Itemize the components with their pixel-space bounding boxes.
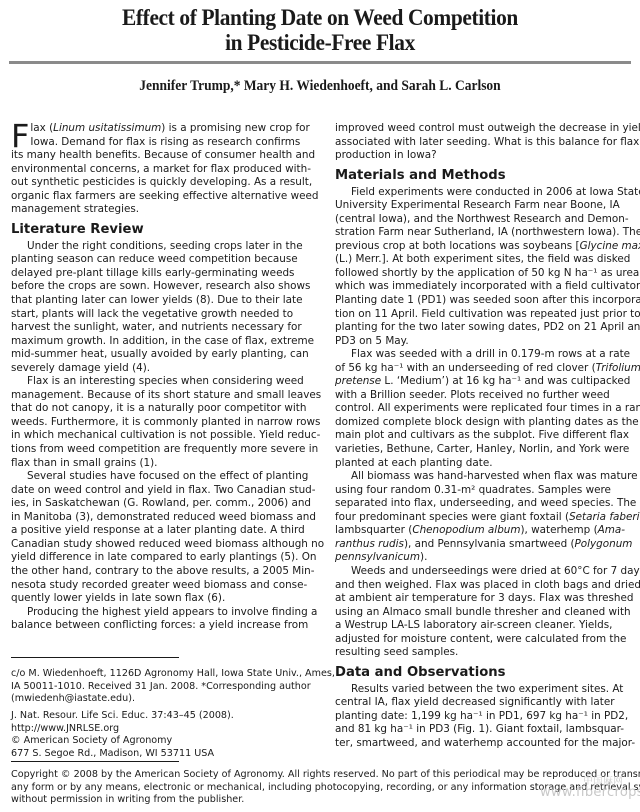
text-line: resulting seed samples.	[335, 646, 631, 660]
footnote-divider	[11, 761, 179, 762]
text-line: before the crops are sown. However, rese…	[11, 280, 311, 294]
title-line-1: Effect of Planting Date on Weed Competit…	[22, 5, 617, 30]
footnote-divider	[11, 657, 179, 658]
text-line: Results varied between the two experimen…	[335, 683, 631, 697]
text-line: environmental concerns, a market for fla…	[11, 163, 311, 177]
intro-continued: improved weed control must outweigh the …	[335, 122, 631, 163]
text-line: J. Nat. Resour. Life Sci. Educ. 37:43–45…	[11, 710, 311, 723]
text-line: stration Farm near Sutherland, IA (north…	[335, 226, 631, 240]
text-line: severely damage yield (4).	[11, 362, 311, 376]
text-line: a positive yield response at a later pla…	[11, 524, 311, 538]
text-line: at ambient air temperature for 3 days. F…	[335, 592, 631, 606]
footnote-citation: J. Nat. Resour. Life Sci. Educ. 37:43–45…	[11, 710, 311, 760]
text-line: previous crop at both locations was soyb…	[335, 240, 631, 254]
text-line: followed shortly by the application of 5…	[335, 267, 631, 281]
text-line: quently lower yields in late sown flax (…	[11, 592, 311, 606]
text-line: that planting later can lower yields (8)…	[11, 294, 311, 308]
text-line: without permission in writing from the p…	[11, 794, 631, 807]
text-line: tions from weed competition are frequent…	[11, 443, 311, 457]
text-line: the other hand, contrary to the above re…	[11, 565, 311, 579]
text-line: (mwiedenh@iastate.edu).	[11, 693, 311, 706]
text-line: management strategies.	[11, 203, 311, 217]
text-line: organic flax farmers are seeking effecti…	[11, 190, 311, 204]
text-line: using four random 0.31-m² quadrates. Sam…	[335, 484, 631, 498]
text-line: in which mechanical cultivation is not p…	[11, 429, 311, 443]
text-line: yield difference in late compared to ear…	[11, 551, 311, 565]
text-line: mid-summer heat, usually avoided by earl…	[11, 348, 311, 362]
section-heading-data-observations: Data and Observations	[335, 663, 631, 683]
text-line: (L.) Merr.]. At both experiment sites, t…	[335, 253, 631, 267]
copyright-notice: Copyright © 2008 by the American Society…	[11, 769, 631, 807]
text-line: date on weed control and yield in flax. …	[11, 484, 311, 498]
text-line: and 81 kg ha⁻¹ in PD3 (Fig. 1). Giant fo…	[335, 723, 631, 737]
text-line: that do not canopy, it is a naturally po…	[11, 402, 311, 416]
text-line: All biomass was hand-harvested when flax…	[335, 470, 631, 484]
text-line: four predominant species were giant foxt…	[335, 511, 631, 525]
text-line: planting for the two later sowing dates,…	[335, 321, 631, 335]
text-line: Copyright © 2008 by the American Society…	[11, 769, 631, 782]
drop-cap: F	[11, 123, 29, 149]
section-heading-materials-methods: Materials and Methods	[335, 166, 631, 186]
text-line: Iowa. Demand for flax is rising as resea…	[11, 136, 311, 150]
materials-methods-body: Field experiments were conducted in 2006…	[335, 186, 631, 660]
text-line: control. All experiments were replicated…	[335, 402, 631, 416]
text-line: its many health benefits. Because of con…	[11, 149, 311, 163]
text-line: University Experimental Research Farm ne…	[335, 199, 631, 213]
text-line: varieties, Bethune, Carter, Hanley, Norl…	[335, 443, 631, 457]
text-line: tion on 11 April. Field cultivation was …	[335, 308, 631, 322]
left-column: F lax (Linum usitatissimum) is a promisi…	[11, 122, 311, 633]
text-line: separated into flax, underseeding, and w…	[335, 497, 631, 511]
text-line: Weeds and underseedings were dried at 60…	[335, 565, 631, 579]
text-line: IA 50011-1010. Received 31 Jan. 2008. *C…	[11, 681, 311, 694]
text-line: of 56 kg ha⁻¹ with an underseeding of re…	[335, 362, 631, 376]
text-line: planting season can reduce weed competit…	[11, 253, 311, 267]
text-line: start, plants will lack the vegetative g…	[11, 308, 311, 322]
text-line: nesota study recorded greater weed bioma…	[11, 579, 311, 593]
text-line: adjusted for moisture content, were calc…	[335, 633, 631, 647]
section-heading-literature-review: Literature Review	[11, 220, 311, 240]
text-line: flax than in small grains (1).	[11, 457, 311, 471]
text-line: harvest the sunlight, water, and nutrien…	[11, 321, 311, 335]
text-line: a Westrup LA-LS laboratory air-screen cl…	[335, 619, 631, 633]
text-line: production in Iowa?	[335, 149, 631, 163]
text-line: Flax was seeded with a drill in 0.179-m …	[335, 348, 631, 362]
text-line: planted at each planting date.	[335, 457, 631, 471]
text-line: in Manitoba (3), demonstrated reduced we…	[11, 511, 311, 525]
text-line: c/o M. Wiedenhoeft, 1126D Agronomy Hall,…	[11, 668, 311, 681]
text-line: management. Because of its short stature…	[11, 389, 311, 403]
text-line: lambsquarter (Chenopodium album), waterh…	[335, 524, 631, 538]
text-line: any form or by any means, electronic or …	[11, 782, 631, 795]
text-line: Canadian study showed reduced weed bioma…	[11, 538, 311, 552]
title-line-2: in Pesticide-Free Flax	[22, 30, 617, 55]
text-line: main plot and cultivars as the subplot. …	[335, 429, 631, 443]
authors: Jennifer Trump,* Mary H. Wiedenhoeft, an…	[22, 78, 617, 95]
text-line: planting date: 1,199 kg ha⁻¹ in PD1, 697…	[335, 710, 631, 724]
intro-paragraph: F lax (Linum usitatissimum) is a promisi…	[11, 122, 311, 217]
text-line: with a Brillion seeder. Plots received n…	[335, 389, 631, 403]
text-line: Producing the highest yield appears to i…	[11, 606, 311, 620]
article-title: Effect of Planting Date on Weed Competit…	[22, 5, 617, 55]
text-line: PD3 on 5 May.	[335, 335, 631, 349]
text-line: out synthetic pesticides is quickly deve…	[11, 176, 311, 190]
title-divider	[9, 61, 631, 64]
text-line: pretense L. ‘Medium’) at 16 kg ha⁻¹ and …	[335, 375, 631, 389]
text-line: 677 S. Segoe Rd., Madison, WI 53711 USA	[11, 748, 311, 761]
text-line: associated with later seeding. What is t…	[335, 136, 631, 150]
text-line: http://www.JNRLSE.org	[11, 723, 311, 736]
text-line: (central Iowa), and the Northwest Resear…	[335, 213, 631, 227]
text-line: improved weed control must outweigh the …	[335, 122, 631, 136]
text-line: balance between conflicting forces: a yi…	[11, 619, 311, 633]
text-line: delayed pre-plant tillage kills early-ge…	[11, 267, 311, 281]
text-line: ies, in Saskatchewan (G. Rowland, per. c…	[11, 497, 311, 511]
text-line: which was immediately incorporated with …	[335, 280, 631, 294]
footnote-address: c/o M. Wiedenhoeft, 1126D Agronomy Hall,…	[11, 668, 311, 706]
text-line: Several studies have focused on the effe…	[11, 470, 311, 484]
text-line: maximum growth. In addition, in the case…	[11, 335, 311, 349]
text-line: Under the right conditions, seeding crop…	[11, 240, 311, 254]
text-line: and then weighed. Flax was placed in clo…	[335, 579, 631, 593]
text-line: central IA, flax yield decreased signifi…	[335, 696, 631, 710]
data-observations-body: Results varied between the two experimen…	[335, 683, 631, 751]
watermark: www.fibercrops.com	[540, 785, 640, 800]
right-column: improved weed control must outweigh the …	[335, 122, 631, 751]
text-line: weeds. Furthermore, it is commonly plant…	[11, 416, 311, 430]
text-line: lax (Linum usitatissimum) is a promising…	[11, 122, 311, 136]
literature-review-body: Under the right conditions, seeding crop…	[11, 240, 311, 633]
text-line: Flax is an interesting species when cons…	[11, 375, 311, 389]
text-line: ranthus rudis), and Pennsylvania smartwe…	[335, 538, 631, 552]
text-line: © American Society of Agronomy	[11, 735, 311, 748]
text-line: Field experiments were conducted in 2006…	[335, 186, 631, 200]
text-line: Planting date 1 (PD1) was seeded soon af…	[335, 294, 631, 308]
text-line: ter, smartweed, and waterhemp accounted …	[335, 737, 631, 751]
text-line: pennsylvanicum).	[335, 551, 631, 565]
text-line: using an Almaco small bundle thresher an…	[335, 606, 631, 620]
text-line: domized complete block design with plant…	[335, 416, 631, 430]
